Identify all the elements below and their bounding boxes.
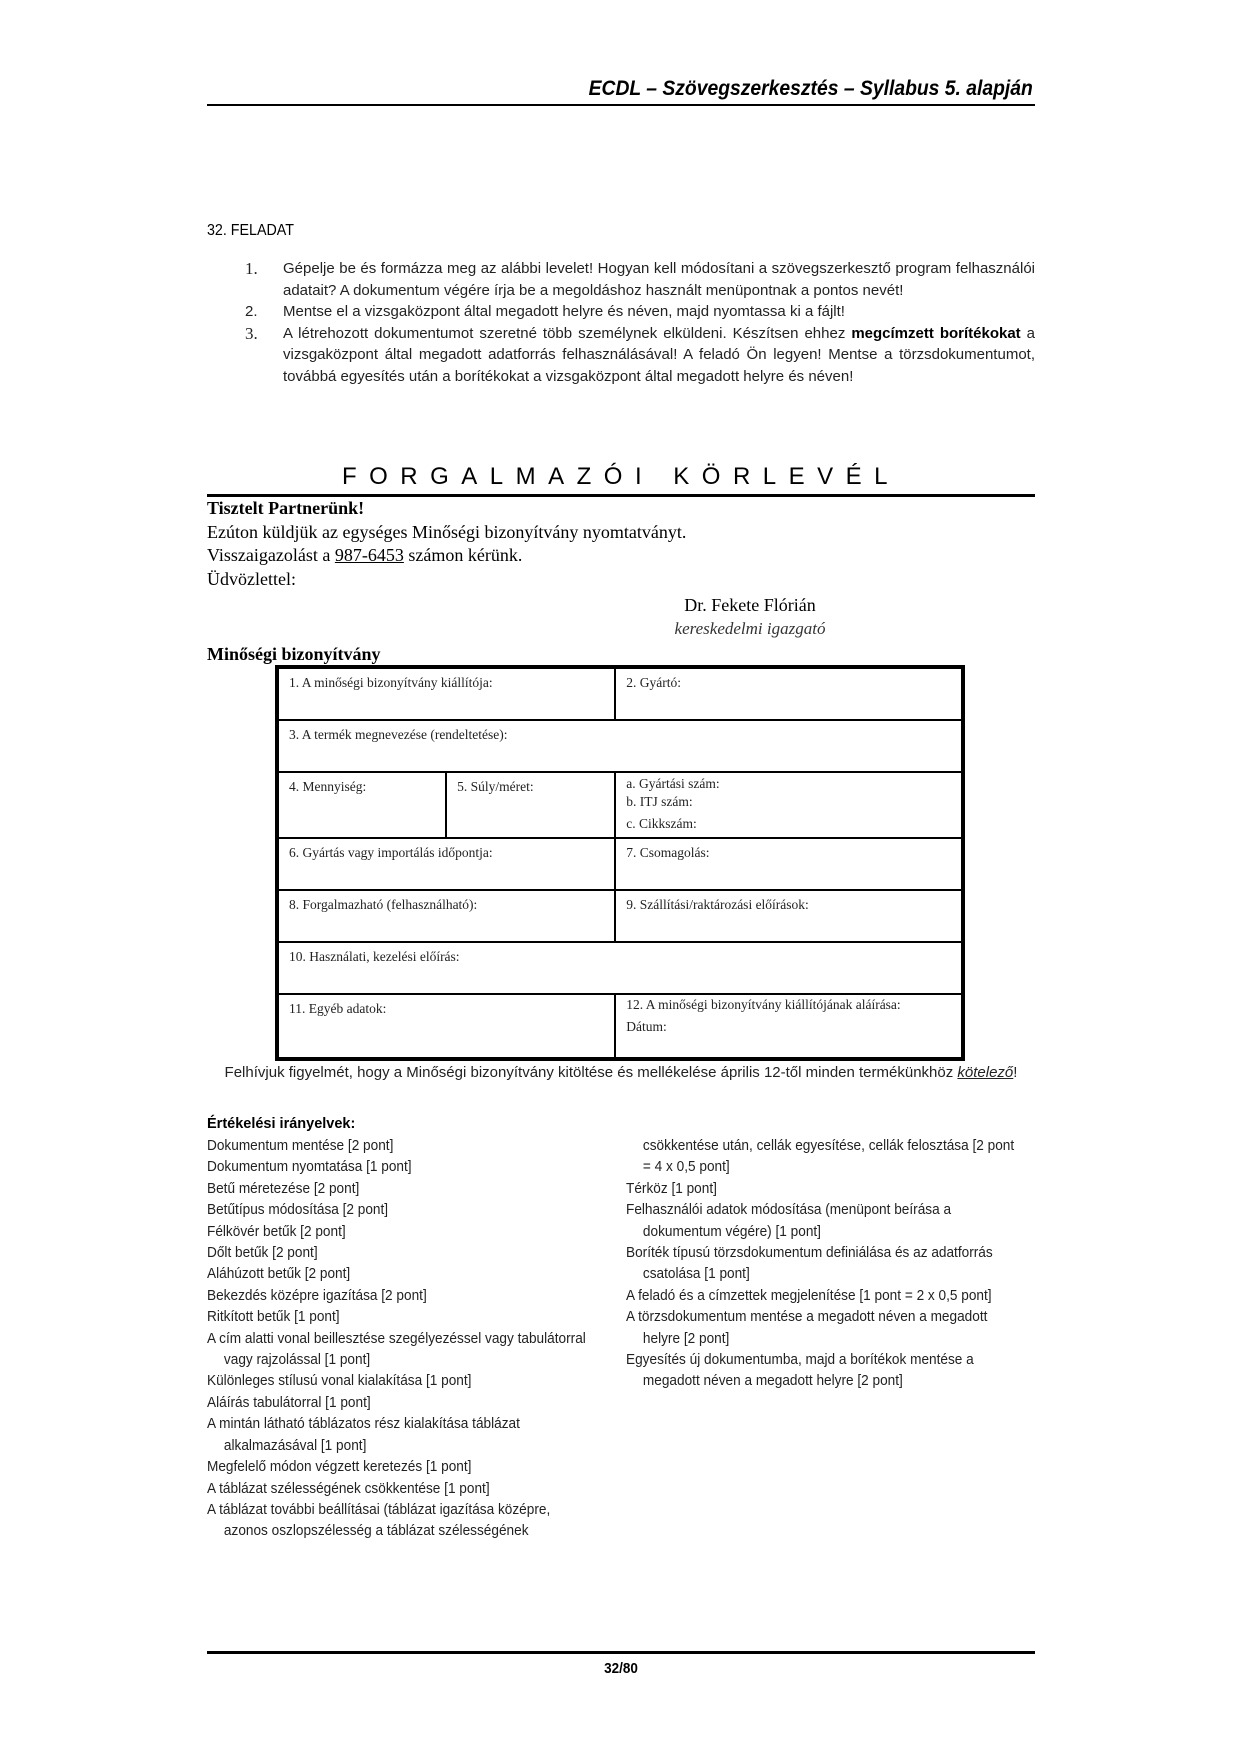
table-cell-weight: 5. Súly/méret: <box>446 772 615 838</box>
step-text: Mentse el a vizsgaközpont által megadott… <box>283 303 845 320</box>
criteria-item: A cím alatti vonal beillesztése szegélye… <box>207 1329 592 1372</box>
criteria-item: Betűtípus módosítása [2 pont] <box>207 1200 592 1221</box>
criteria-item: Bekezdés középre igazítása [2 pont] <box>207 1286 592 1307</box>
criteria-item: A táblázat további beállításai (táblázat… <box>207 1500 592 1543</box>
criteria-item: Betű méretezése [2 pont] <box>207 1179 592 1200</box>
certificate-table: 1. A minőségi bizonyítvány kiállítója: 2… <box>275 665 965 1061</box>
table-cell-production-date: 6. Gyártás vagy importálás időpontja: <box>277 838 615 890</box>
page-footer-rule <box>207 1651 1035 1654</box>
table-cell-distributable: 8. Forgalmazható (felhasználható): <box>277 890 615 942</box>
table-cell-quantity: 4. Mennyiség: <box>277 772 446 838</box>
criteria-left-column: Dokumentum mentése [2 pont]Dokumentum ny… <box>207 1136 592 1543</box>
criteria-item: Aláírás tabulátorral [1 pont] <box>207 1393 592 1414</box>
table-cell-signature: 12. A minőségi bizonyítvány kiállítójána… <box>615 994 963 1059</box>
signer-name: Dr. Fekete Flórián <box>600 595 900 616</box>
production-number-label: a. Gyártási szám: <box>626 775 951 793</box>
letter-text: számon kérünk. <box>404 545 522 565</box>
table-row: 11. Egyéb adatok: 12. A minőségi bizonyí… <box>277 994 963 1059</box>
criteria-item: Dokumentum nyomtatása [1 pont] <box>207 1157 592 1178</box>
letter-body: Tisztelt Partnerünk! Ezúton küldjük az e… <box>207 497 1035 591</box>
criteria-item: A mintán látható táblázatos rész kialakí… <box>207 1414 592 1457</box>
table-cell-manufacturer: 2. Gyártó: <box>615 667 963 720</box>
table-row: 8. Forgalmazható (felhasználható): 9. Sz… <box>277 890 963 942</box>
criteria-item: Egyesítés új dokumentumba, majd a boríté… <box>626 1350 1021 1393</box>
table-cell-numbers: a. Gyártási szám: b. ITJ szám: c. Cikksz… <box>615 772 963 838</box>
letter-greeting: Tisztelt Partnerünk! <box>207 497 1035 521</box>
criteria-item: A feladó és a címzettek megjelenítése [1… <box>626 1286 1021 1307</box>
letter-text: Visszaigazolást a <box>207 545 335 565</box>
table-cell-other-data: 11. Egyéb adatok: <box>277 994 615 1059</box>
criteria-item: Dőlt betűk [2 pont] <box>207 1243 592 1264</box>
criteria-item: Különleges stílusú vonal kialakítása [1 … <box>207 1371 592 1392</box>
criteria-item-continuation: csökkentése után, cellák egyesítése, cel… <box>626 1136 1021 1179</box>
task-title: 32. FELADAT <box>207 222 294 240</box>
step-text-bold: megcímzett borítékokat <box>851 325 1020 342</box>
criteria-right-column: csökkentése után, cellák egyesítése, cel… <box>626 1136 1021 1393</box>
task-step-3: 3. A létrehozott dokumentumot szeretné t… <box>243 323 1035 388</box>
notice-text: Felhívjuk figyelmét, hogy a Minőségi biz… <box>207 1063 1035 1082</box>
step-text: Gépelje be és formázza meg az alábbi lev… <box>283 260 1035 299</box>
step-number: 3. <box>245 323 258 345</box>
document-page: ECDL – Szövegszerkesztés – Syllabus 5. a… <box>0 0 1240 1754</box>
task-steps: 1. Gépelje be és formázza meg az alábbi … <box>243 258 1035 387</box>
criteria-item: Aláhúzott betűk [2 pont] <box>207 1264 592 1285</box>
table-row: 1. A minőségi bizonyítvány kiállítója: 2… <box>277 667 963 720</box>
notice-body: Felhívjuk figyelmét, hogy a Minőségi biz… <box>225 1064 958 1081</box>
table-cell-usage: 10. Használati, kezelési előírás: <box>277 942 963 994</box>
notice-emphasis: kötelező <box>957 1064 1013 1081</box>
criteria-item: A táblázat szélességének csökkentése [1 … <box>207 1479 592 1500</box>
criteria-item: Felhasználói adatok módosítása (menüpont… <box>626 1200 1021 1243</box>
notice-end: ! <box>1013 1064 1017 1081</box>
signer-role: kereskedelmi igazgató <box>600 619 900 639</box>
letter-title: FORGALMAZÓI KÖRLEVÉL <box>207 462 1035 497</box>
criteria-item: Félkövér betűk [2 pont] <box>207 1222 592 1243</box>
criteria-item: Térköz [1 pont] <box>626 1179 1021 1200</box>
page-header: ECDL – Szövegszerkesztés – Syllabus 5. a… <box>207 74 1035 106</box>
letter-closing: Üdvözlettel: <box>207 568 1035 592</box>
criteria-item: Megfelelő módon végzett keretezés [1 pon… <box>207 1457 592 1478</box>
page-number: 32/80 <box>248 1660 993 1677</box>
table-cell-product-name: 3. A termék megnevezése (rendeltetése): <box>277 720 963 772</box>
date-label: Dátum: <box>626 1018 951 1036</box>
table-row: 6. Gyártás vagy importálás időpontja: 7.… <box>277 838 963 890</box>
table-cell-issuer: 1. A minőségi bizonyítvány kiállítója: <box>277 667 615 720</box>
table-row: 4. Mennyiség: 5. Súly/méret: a. Gyártási… <box>277 772 963 838</box>
step-number: 1. <box>245 258 258 280</box>
letter-line-1: Ezúton küldjük az egységes Minőségi bizo… <box>207 521 1035 545</box>
step-number: 2. <box>245 301 258 323</box>
task-step-1: 1. Gépelje be és formázza meg az alábbi … <box>243 258 1035 301</box>
itj-number-label: b. ITJ szám: <box>626 793 951 811</box>
certificate-title: Minőségi bizonyítvány <box>207 644 381 665</box>
table-cell-storage: 9. Szállítási/raktározási előírások: <box>615 890 963 942</box>
task-step-2: 2. Mentse el a vizsgaközpont által megad… <box>243 301 1035 323</box>
phone-number: 987-6453 <box>335 545 404 565</box>
table-row: 3. A termék megnevezése (rendeltetése): <box>277 720 963 772</box>
criteria-item: Ritkított betűk [1 pont] <box>207 1307 592 1328</box>
letter-line-2: Visszaigazolást a 987-6453 számon kérünk… <box>207 544 1035 568</box>
criteria-item: Boríték típusú törzsdokumentum definiálá… <box>626 1243 1021 1286</box>
table-cell-packaging: 7. Csomagolás: <box>615 838 963 890</box>
signature-label: 12. A minőségi bizonyítvány kiállítójána… <box>626 996 951 1014</box>
step-text: A létrehozott dokumentumot szeretné több… <box>283 325 851 342</box>
criteria-heading: Értékelési irányelvek: <box>207 1116 355 1132</box>
table-row: 10. Használati, kezelési előírás: <box>277 942 963 994</box>
header-title: ECDL – Szövegszerkesztés – Syllabus 5. a… <box>589 77 1033 101</box>
criteria-item: A törzsdokumentum mentése a megadott név… <box>626 1307 1021 1350</box>
item-number-label: c. Cikkszám: <box>626 815 951 833</box>
criteria-item: Dokumentum mentése [2 pont] <box>207 1136 592 1157</box>
